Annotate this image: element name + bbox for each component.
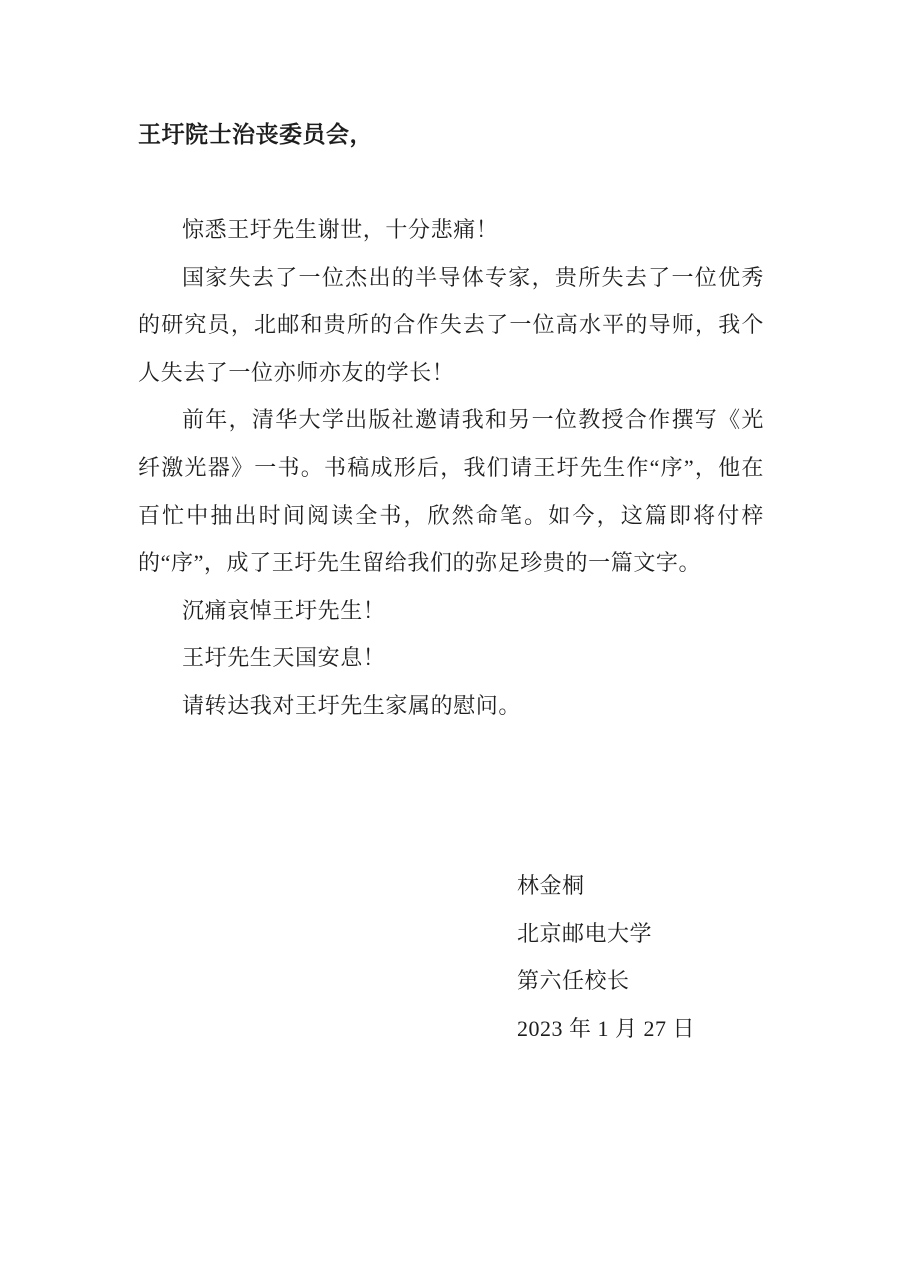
letter-paragraph: 惊悉王圩先生谢世，十分悲痛！ xyxy=(138,206,764,254)
letter-page: 王圩院士治丧委员会， 惊悉王圩先生谢世，十分悲痛！ 国家失去了一位杰出的半导体专… xyxy=(0,0,900,1272)
signature-title: 第六任校长 xyxy=(517,957,695,1005)
signature-date: 2023 年 1 月 27 日 xyxy=(517,1005,695,1053)
signature-block: 林金桐 北京邮电大学 第六任校长 2023 年 1 月 27 日 xyxy=(517,862,695,1052)
letter-paragraph: 前年，清华大学出版社邀请我和另一位教授合作撰写《光纤激光器》一书。书稿成形后，我… xyxy=(138,396,764,586)
letter-paragraph: 国家失去了一位杰出的半导体专家，贵所失去了一位优秀的研究员，北邮和贵所的合作失去… xyxy=(138,254,764,397)
letter-body: 惊悉王圩先生谢世，十分悲痛！ 国家失去了一位杰出的半导体专家，贵所失去了一位优秀… xyxy=(138,206,764,730)
letter-paragraph: 请转达我对王圩先生家属的慰问。 xyxy=(138,682,764,730)
letter-paragraph: 沉痛哀悼王圩先生！ xyxy=(138,587,764,635)
letter-salutation: 王圩院士治丧委员会， xyxy=(138,111,768,159)
signature-name: 林金桐 xyxy=(517,862,695,910)
letter-paragraph: 王圩先生天国安息！ xyxy=(138,634,764,682)
signature-affiliation: 北京邮电大学 xyxy=(517,910,695,958)
